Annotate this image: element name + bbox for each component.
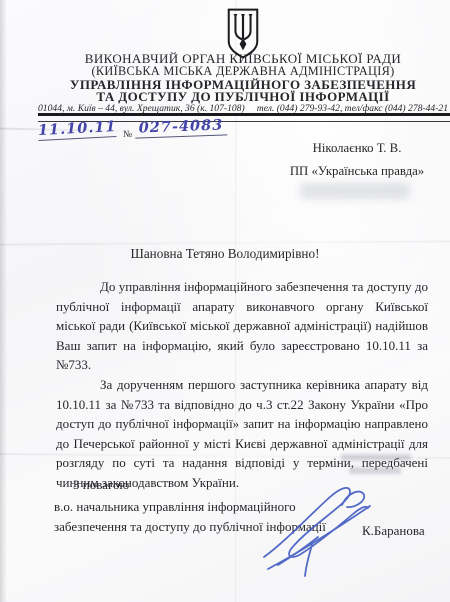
paper-crease [0,240,450,245]
handwritten-reference-number: 027-4083 [135,116,228,138]
addressee-organization: ПП «Українська правда» [272,164,442,179]
postal-address: 01044, м. Київ – 44, вул. Хрещатик, 36 (… [38,103,245,114]
handwritten-date: 11.10.11 [38,118,117,141]
signer-name: К.Баранова [362,523,425,539]
scan-edge-shadow [0,0,7,602]
scanned-letter-page: ВИКОНАВЧИЙ ОРГАН КИЇВСЬКОЇ МІСЬКОЇ РАДИ … [0,0,450,602]
salutation: Шановна Тетяно Володимирівно! [0,246,450,262]
bleedthrough-artifact [335,454,413,480]
body-paragraph-1: До управління інформаційного забезпеченн… [56,277,428,375]
addressee-block: Ніколаєнко Т. В. ПП «Українська правда» [272,141,442,179]
contact-line: 01044, м. Київ – 44, вул. Хрещатик, 36 (… [38,103,448,114]
number-sign-label: № [123,130,132,140]
closing-regards: З повагою [73,477,129,493]
redacted-address-smudge [300,183,410,199]
addressee-name: Ніколаєнко Т. В. [272,141,442,156]
phone-numbers: тел. (044) 279-93-42, тел/факс (044) 278… [257,103,448,114]
